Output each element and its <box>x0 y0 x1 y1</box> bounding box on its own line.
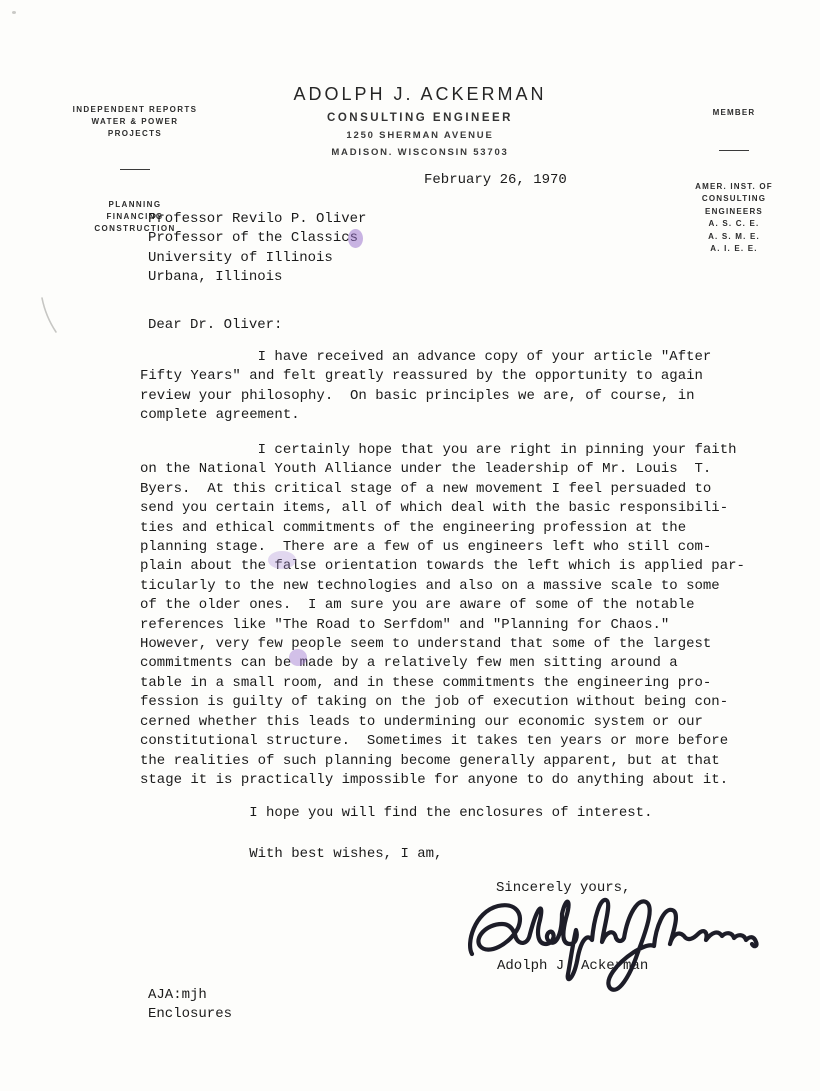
recipient-address: Professor Revilo P. Oliver Professor of … <box>148 210 366 288</box>
pen-scratch-mark <box>36 296 66 341</box>
letter-page: INDEPENDENT REPORTS WATER & POWER PROJEC… <box>0 0 820 1091</box>
body-paragraph-1: I have received an advance copy of your … <box>140 348 711 426</box>
letterhead-street: 1250 SHERMAN AVENUE <box>250 130 590 141</box>
scan-speck <box>12 11 16 14</box>
reference-initials-enclosures: AJA:mjh Enclosures <box>148 986 232 1025</box>
letterhead-center-block: ADOLPH J. ACKERMAN CONSULTING ENGINEER 1… <box>250 84 590 158</box>
valediction: Sincerely yours, <box>496 879 630 898</box>
letterhead-divider <box>120 169 150 170</box>
letterhead-memberships: AMER. INST. OF CONSULTING ENGINEERS A. S… <box>663 181 805 256</box>
typed-signature-name: Adolph J. Ackerman <box>497 957 648 976</box>
letterhead-name: ADOLPH J. ACKERMAN <box>250 84 590 105</box>
closing-line: With best wishes, I am, <box>140 845 442 864</box>
letter-date: February 26, 1970 <box>424 171 567 190</box>
letterhead-city: MADISON. WISCONSIN 53703 <box>250 147 590 158</box>
letterhead-title: CONSULTING ENGINEER <box>250 112 590 124</box>
letterhead-divider <box>719 150 749 151</box>
letterhead-left-services: INDEPENDENT REPORTS WATER & POWER PROJEC… <box>53 104 217 140</box>
letterhead-member-heading: MEMBER <box>663 107 805 120</box>
handwritten-signature <box>458 890 770 1012</box>
body-paragraph-2: I certainly hope that you are right in p… <box>140 441 745 790</box>
salutation: Dear Dr. Oliver: <box>148 316 282 335</box>
letterhead-right-block: MEMBER AMER. INST. OF CONSULTING ENGINEE… <box>663 82 805 281</box>
body-paragraph-3: I hope you will find the enclosures of i… <box>140 804 652 823</box>
